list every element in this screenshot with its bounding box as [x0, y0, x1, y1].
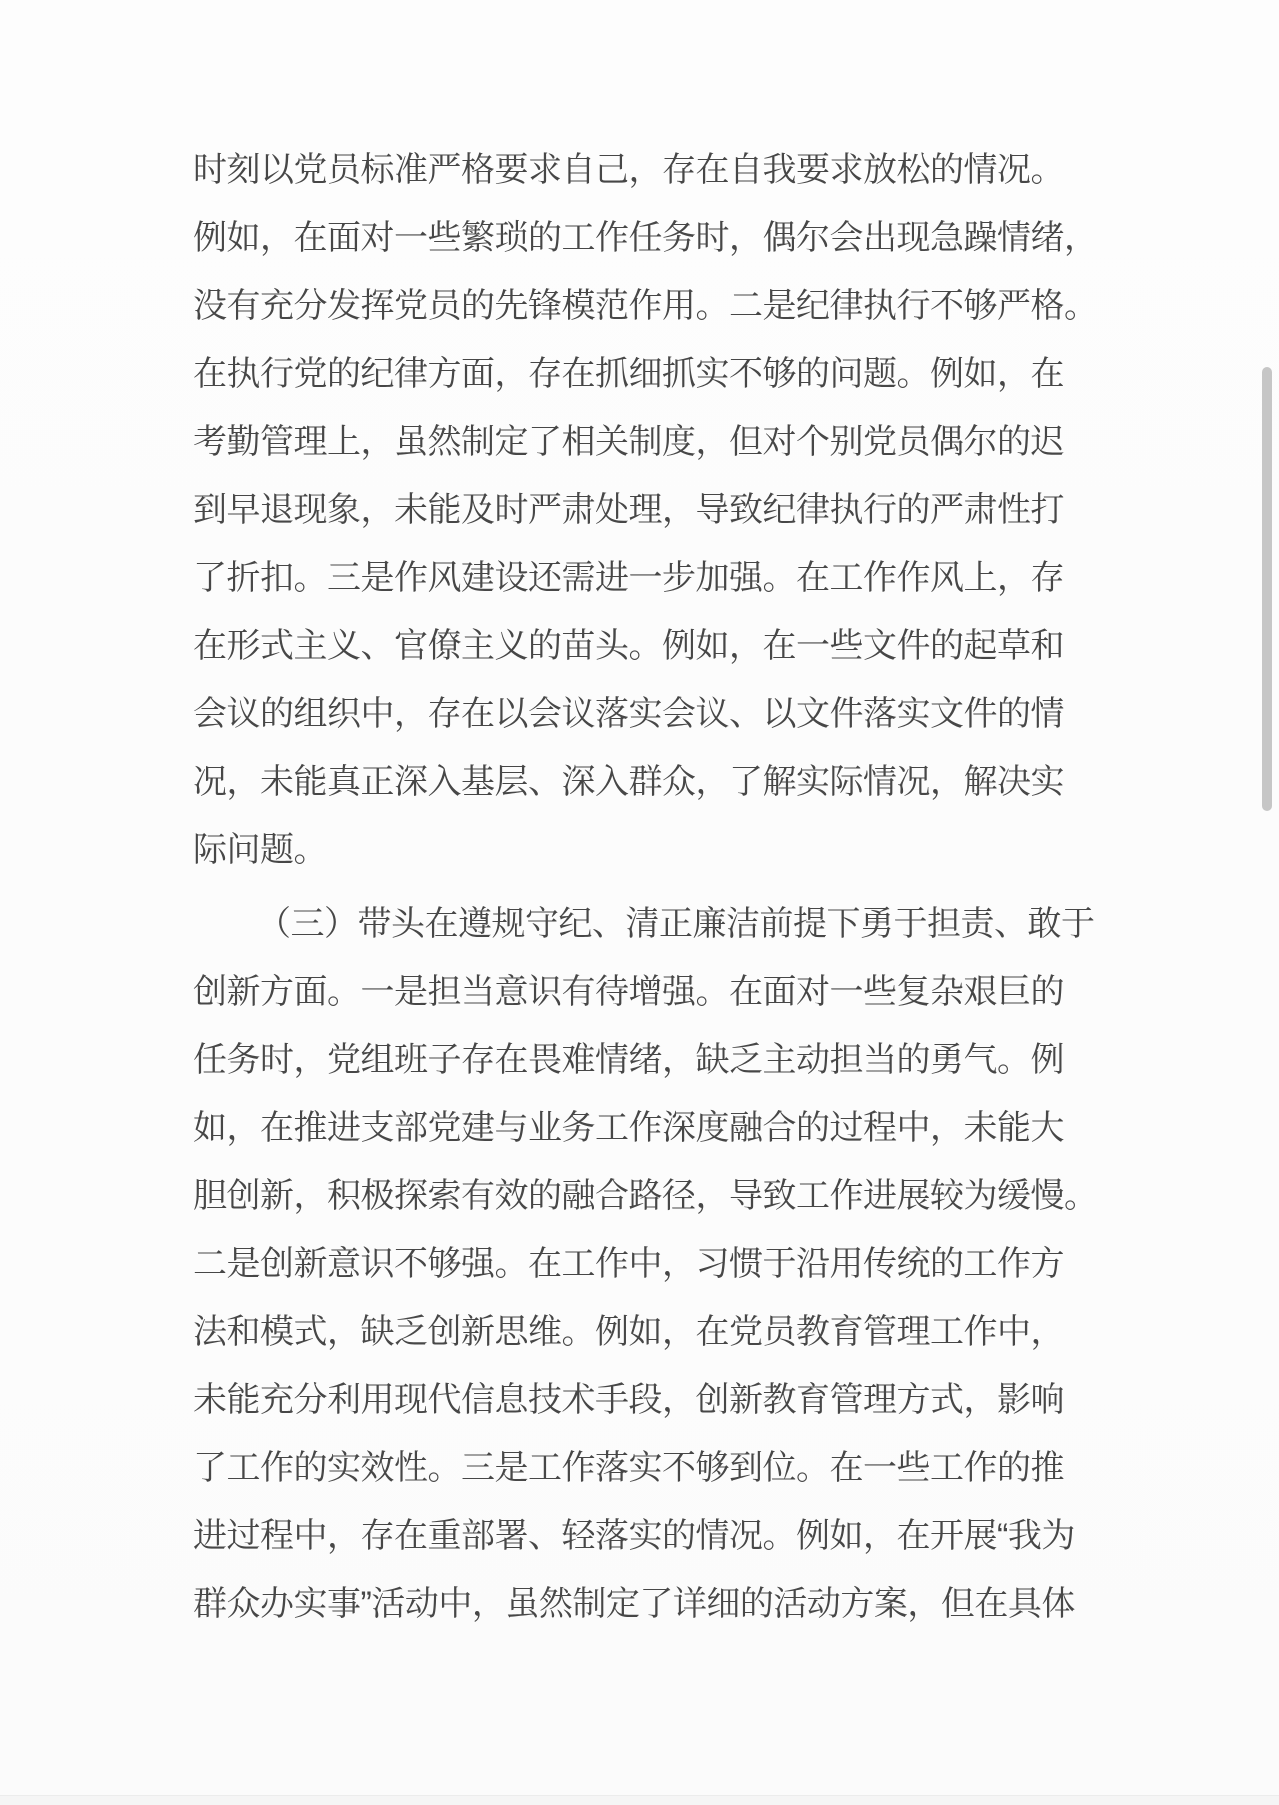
text-line: 如，在推进支部党建与业务工作深度融合的过程中，未能大: [193, 1094, 1095, 1162]
text-line: 任务时，党组班子存在畏难情绪，缺乏主动担当的勇气。例: [193, 1026, 1095, 1094]
text-line: 况，未能真正深入基层、深入群众，了解实际情况，解决实: [193, 748, 1095, 816]
text-line: 法和模式，缺乏创新思维。例如，在党员教育管理工作中，: [193, 1298, 1095, 1366]
text-line: 际问题。: [193, 816, 1095, 884]
document-page: 时刻以党员标准严格要求自己，存在自我要求放松的情况。 例如，在面对一些繁琐的工作…: [0, 0, 1279, 1805]
text-line: 了工作的实效性。三是工作落实不够到位。在一些工作的推: [193, 1434, 1095, 1502]
text-line: 进过程中，存在重部署、轻落实的情况。例如，在开展“我为: [193, 1502, 1095, 1570]
text-line: 在执行党的纪律方面，存在抓细抓实不够的问题。例如，在: [193, 340, 1095, 408]
text-line: 时刻以党员标准严格要求自己，存在自我要求放松的情况。: [193, 136, 1095, 204]
paragraph-2: （三）带头在遵规守纪、清正廉洁前提下勇于担责、敢于 创新方面。一是担当意识有待增…: [193, 890, 1095, 1638]
footer-bar: [0, 1795, 1279, 1805]
paragraph-1: 时刻以党员标准严格要求自己，存在自我要求放松的情况。 例如，在面对一些繁琐的工作…: [193, 136, 1095, 884]
text-line: （三）带头在遵规守纪、清正廉洁前提下勇于担责、敢于: [193, 890, 1095, 958]
text-line: 胆创新，积极探索有效的融合路径，导致工作进展较为缓慢。: [193, 1162, 1095, 1230]
text-line: 创新方面。一是担当意识有待增强。在面对一些复杂艰巨的: [193, 958, 1095, 1026]
text-line: 二是创新意识不够强。在工作中，习惯于沿用传统的工作方: [193, 1230, 1095, 1298]
text-line: 例如，在面对一些繁琐的工作任务时，偶尔会出现急躁情绪，: [193, 204, 1095, 272]
text-line: 到早退现象，未能及时严肃处理，导致纪律执行的严肃性打: [193, 476, 1095, 544]
text-line: 在形式主义、官僚主义的苗头。例如，在一些文件的起草和: [193, 612, 1095, 680]
document-body: 时刻以党员标准严格要求自己，存在自我要求放松的情况。 例如，在面对一些繁琐的工作…: [193, 136, 1095, 1638]
text-line: 考勤管理上，虽然制定了相关制度，但对个别党员偶尔的迟: [193, 408, 1095, 476]
text-line: 群众办实事”活动中，虽然制定了详细的活动方案，但在具体: [193, 1570, 1095, 1638]
scrollbar-thumb[interactable]: [1262, 367, 1272, 811]
text-line: 没有充分发挥党员的先锋模范作用。二是纪律执行不够严格。: [193, 272, 1095, 340]
text-line: 会议的组织中，存在以会议落实会议、以文件落实文件的情: [193, 680, 1095, 748]
text-line: 未能充分利用现代信息技术手段，创新教育管理方式，影响: [193, 1366, 1095, 1434]
text-line: 了折扣。三是作风建设还需进一步加强。在工作作风上，存: [193, 544, 1095, 612]
